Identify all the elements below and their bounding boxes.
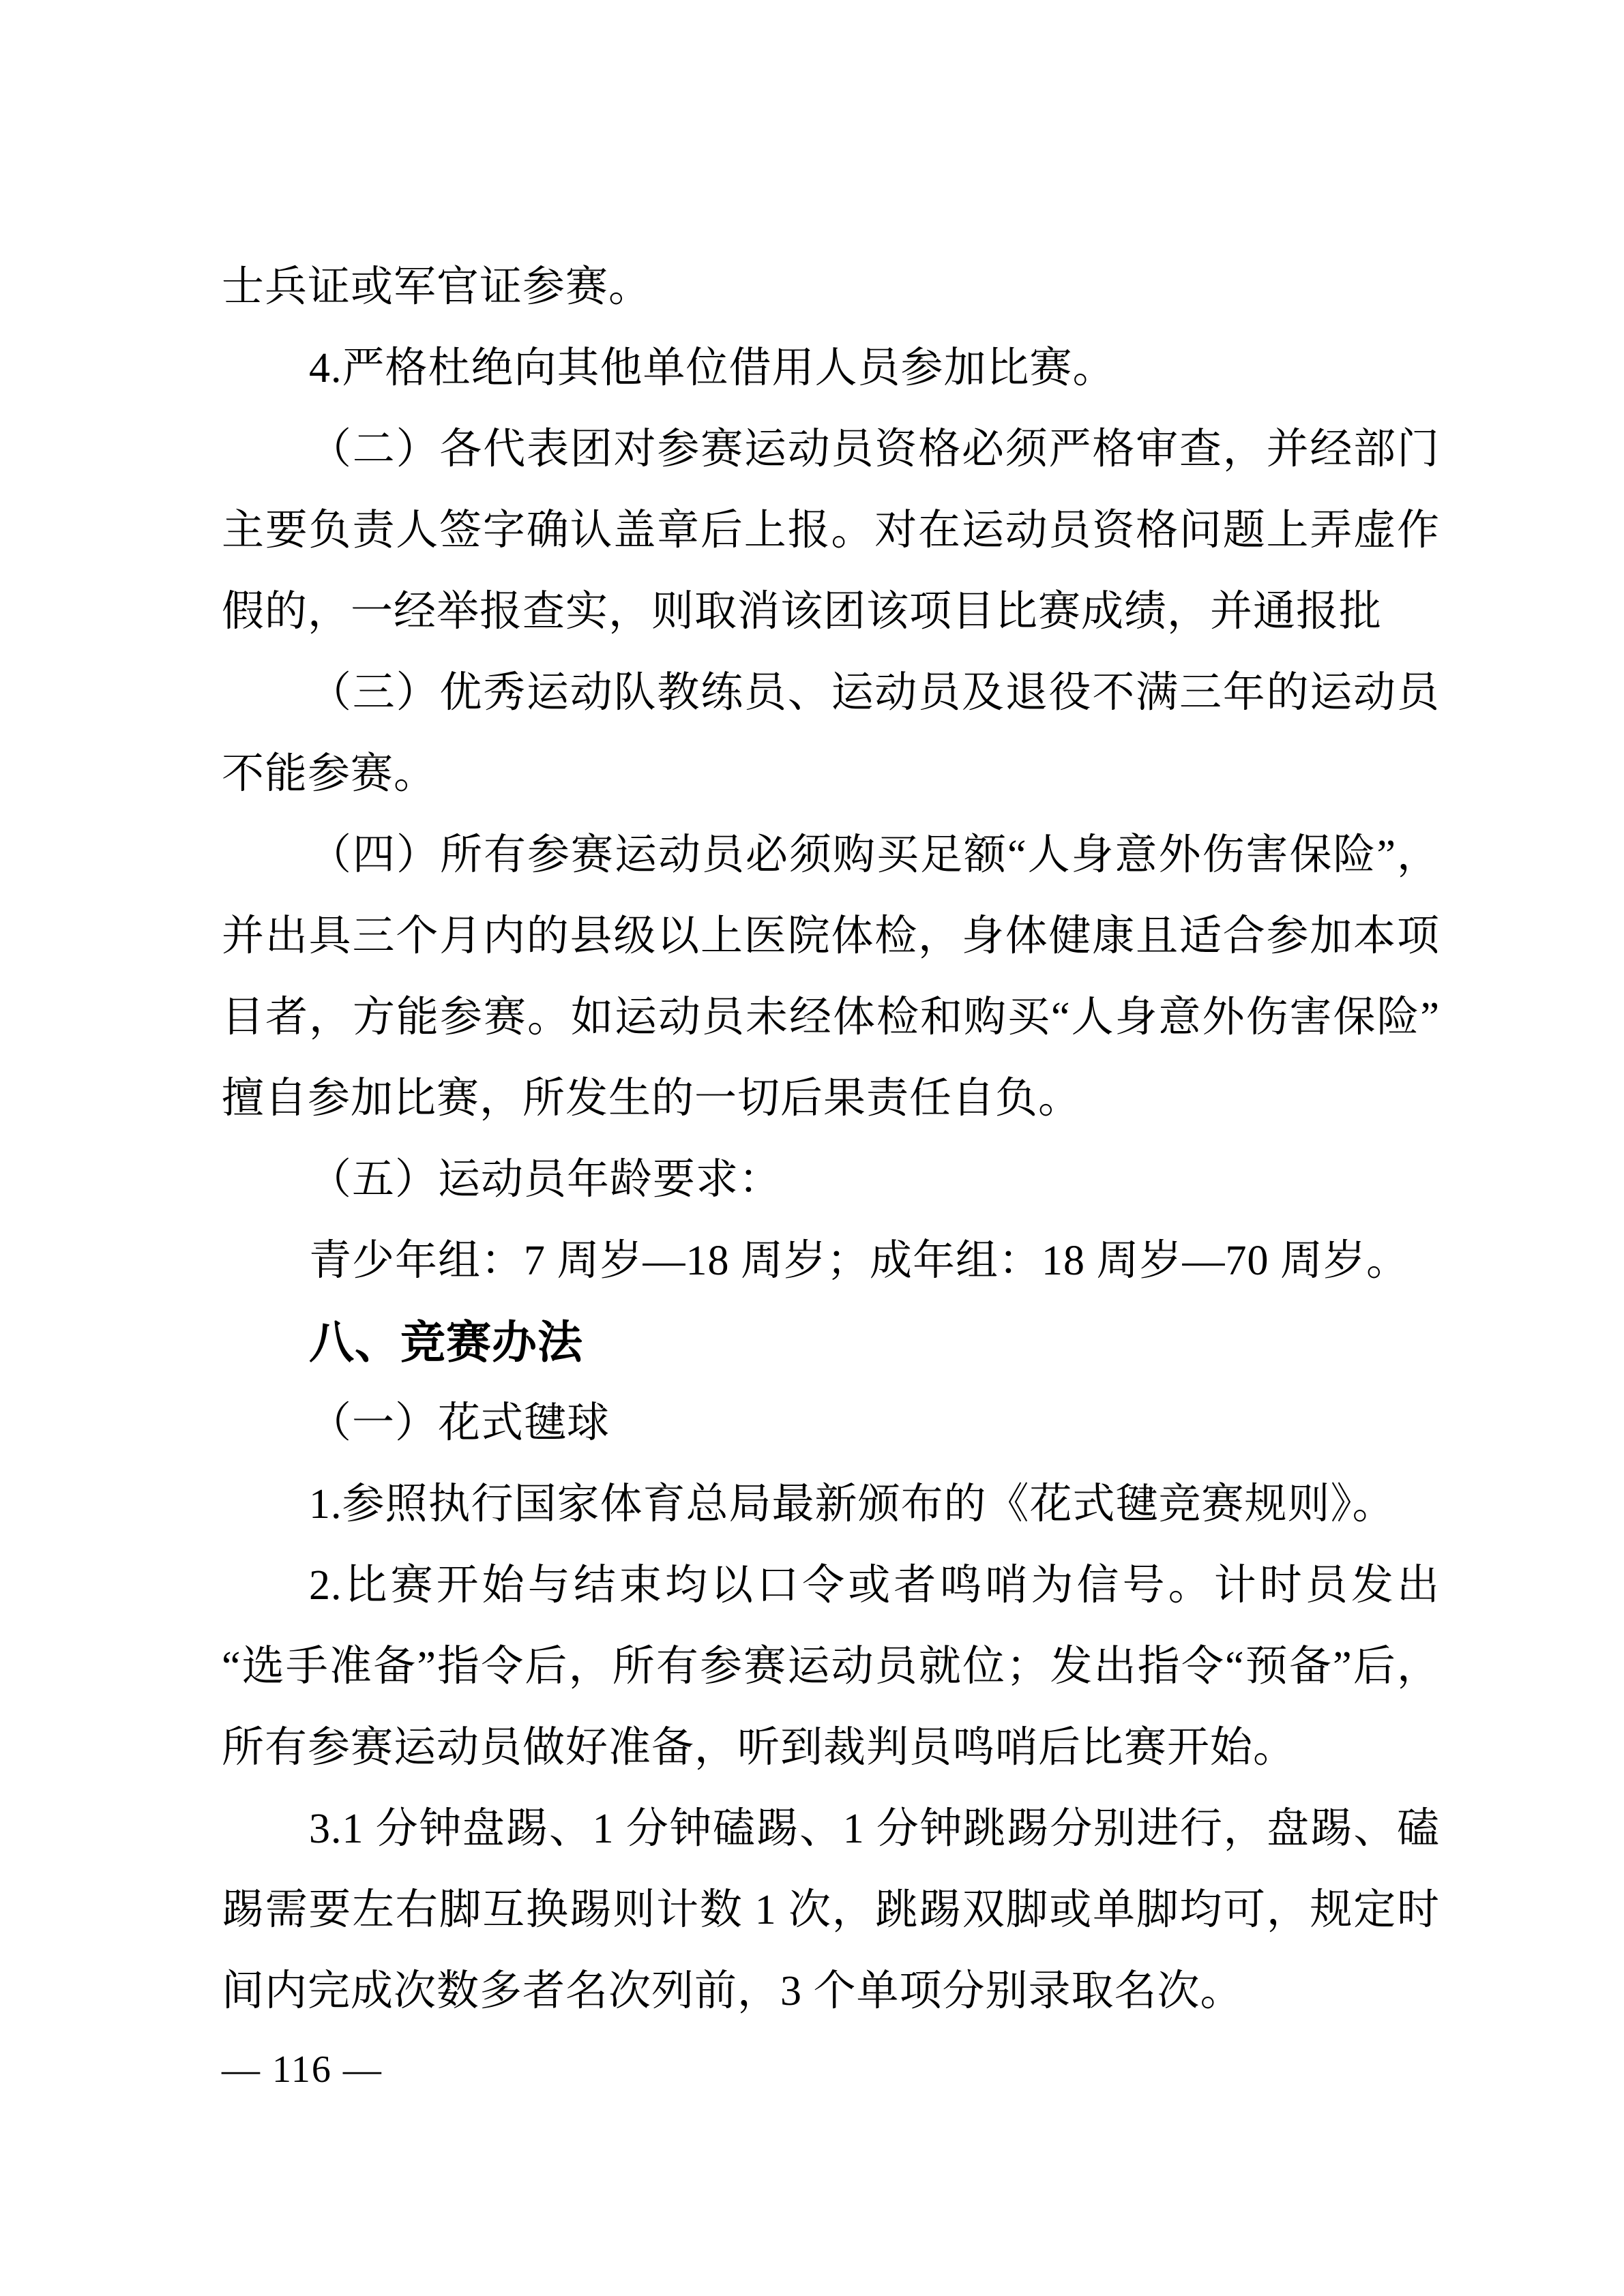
section-heading: 八、竞赛办法	[222, 1302, 1440, 1383]
text-line: 不能参赛。	[222, 734, 1440, 815]
text-line: 士兵证或军官证参赛。	[222, 247, 1440, 328]
text-line: （五）运动员年龄要求：	[222, 1139, 1440, 1221]
text-line: 4.严格杜绝向其他单位借用人员参加比赛。	[222, 328, 1440, 409]
text-line: （三）优秀运动队教练员、运动员及退役不满三年的运动员	[222, 653, 1440, 734]
text-line: 并出具三个月内的县级以上医院体检，身体健康且适合参加本项	[222, 896, 1440, 977]
text-line: 踢需要左右脚互换踢则计数 1 次，跳踢双脚或单脚均可，规定时	[222, 1870, 1440, 1951]
page: 士兵证或军官证参赛。4.严格杜绝向其他单位借用人员参加比赛。（二）各代表团对参赛…	[0, 0, 1624, 2296]
text-line: 间内完成次数多者名次列前，3 个单项分别录取名次。	[222, 1951, 1440, 2032]
text-line: 所有参赛运动员做好准备，听到裁判员鸣哨后比赛开始。	[222, 1708, 1440, 1789]
text-line: 目者，方能参赛。如运动员未经体检和购买“人身意外伤害保险”	[222, 977, 1440, 1058]
page-number: — 116 —	[222, 2048, 383, 2091]
page-footer: — 116 —	[222, 2046, 383, 2093]
text-line: （一）花式毽球	[222, 1383, 1440, 1464]
text-line: 2.比赛开始与结束均以口令或者鸣哨为信号。计时员发出	[222, 1545, 1440, 1626]
document-body: 士兵证或军官证参赛。4.严格杜绝向其他单位借用人员参加比赛。（二）各代表团对参赛…	[222, 247, 1440, 2032]
text-line: 1.参照执行国家体育总局最新颁布的《花式毽竞赛规则》。	[222, 1464, 1440, 1545]
text-line: 主要负责人签字确认盖章后上报。对在运动员资格问题上弄虚作	[222, 490, 1440, 571]
text-line: （二）各代表团对参赛运动员资格必须严格审查，并经部门	[222, 409, 1440, 490]
text-line: 3.1 分钟盘踢、1 分钟磕踢、1 分钟跳踢分别进行，盘踢、磕	[222, 1789, 1440, 1870]
text-line: 假的，一经举报查实，则取消该团该项目比赛成绩，并通报批评。	[222, 571, 1440, 653]
text-line: 擅自参加比赛，所发生的一切后果责任自负。	[222, 1058, 1440, 1139]
text-line: （四）所有参赛运动员必须购买足额“人身意外伤害保险”，	[222, 815, 1440, 896]
text-line: “选手准备”指令后，所有参赛运动员就位；发出指令“预备”后，	[222, 1626, 1440, 1708]
text-line: 青少年组：7 周岁—18 周岁；成年组：18 周岁—70 周岁。	[222, 1221, 1440, 1302]
